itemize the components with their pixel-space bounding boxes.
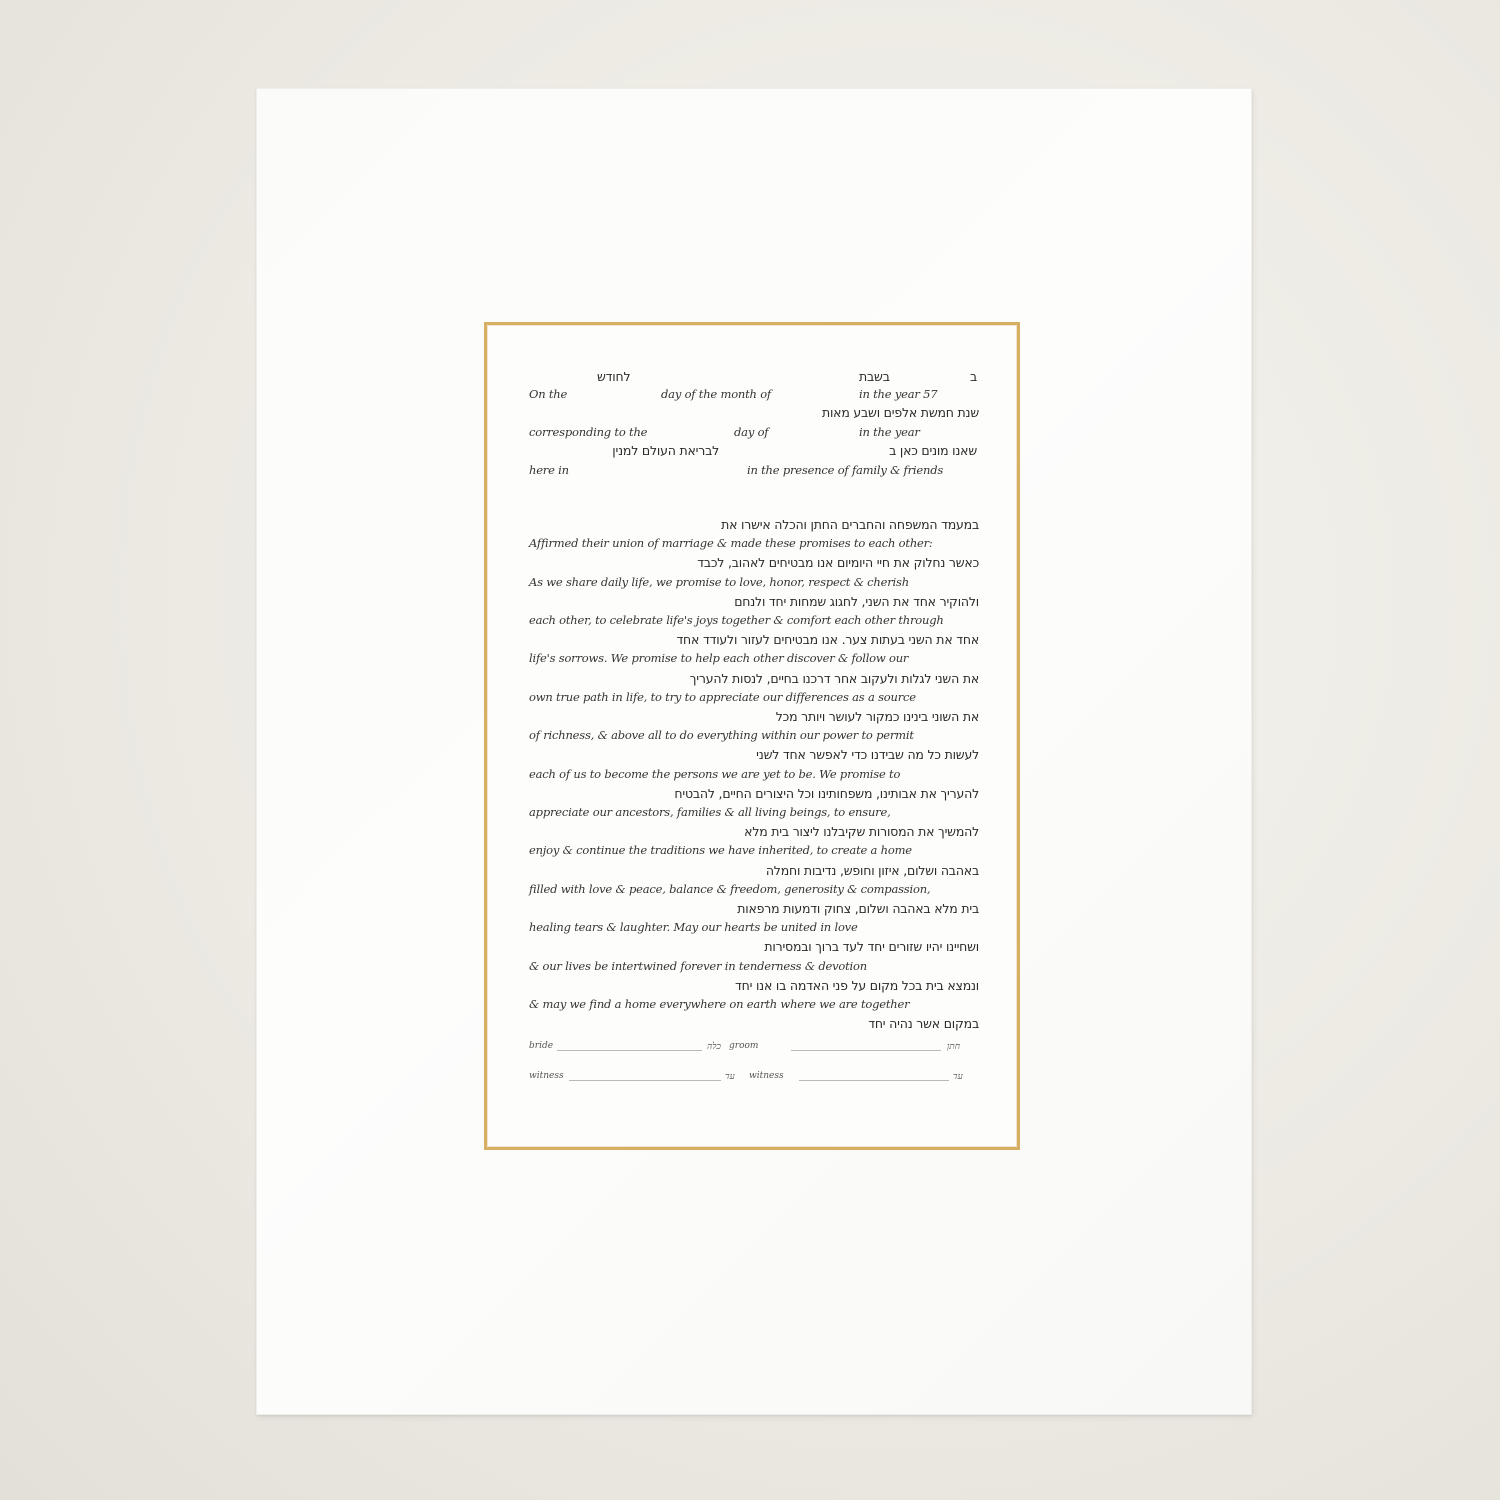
body-hebrew-line: להעריך את אבותינו, משפחותינו וכל היצורים…: [529, 786, 979, 801]
witness2-label-hebrew: עד: [953, 1071, 963, 1082]
body-hebrew-line: במעמד המשפחה והחברים החתן והכלה אישרו את: [529, 517, 979, 532]
body-hebrew-line: להמשיך את המסורות שקיבלנו ליצור בית מלא: [529, 824, 979, 839]
witness1-label-hebrew: עד: [725, 1071, 735, 1082]
body-hebrew-line: ולהוקיר אחד את השני, לחגוג שמחות יחד ולנ…: [529, 594, 979, 609]
body-hebrew-line: באהבה ושלום, איזון וחופש, נדיבות וחמלה: [529, 863, 979, 878]
witness2-label: witness: [749, 1071, 784, 1081]
gold-border-frame: לחודש בשבת ב On the day of the month of …: [484, 322, 1020, 1150]
body-hebrew-line: במקום אשר נהיה יחד: [529, 1016, 979, 1031]
groom-signature-line: [791, 1050, 941, 1051]
body-english-line: healing tears & laughter. May our hearts…: [529, 920, 979, 934]
groom-label-hebrew: חתן: [947, 1041, 960, 1052]
header-en-corresponding: corresponding to the: [529, 425, 647, 439]
groom-label: groom: [729, 1041, 758, 1051]
body-hebrew-line: לעשות כל מה שבידנו כדי לאפשר אחד לשני: [529, 747, 979, 762]
body-english-line: enjoy & continue the traditions we have …: [529, 843, 979, 857]
body-english-line: own true path in life, to try to appreci…: [529, 690, 979, 704]
witness1-label: witness: [529, 1071, 564, 1081]
body-english-line: Affirmed their union of marriage & made …: [529, 536, 979, 550]
signature-row-witnesses: witness עד witness עד: [529, 1071, 979, 1087]
header-hebrew-creation: לבריאת העולם למנין: [612, 443, 719, 458]
body-english-line: & our lives be intertwined forever in te…: [529, 959, 979, 973]
body-hebrew-line: כאשר נחלוק את חיי היומיום אנו מבטיחים לא…: [529, 555, 979, 570]
header-hebrew-line-2: שנת חמשת אלפים ושבע מאות: [529, 405, 979, 420]
body-english-line: appreciate our ancestors, families & all…: [529, 805, 979, 819]
body-english-line: each other, to celebrate life's joys tog…: [529, 613, 979, 627]
header-hebrew-day: בשבת: [859, 369, 890, 384]
bride-signature-line: [557, 1050, 702, 1051]
bride-label-hebrew: כלה: [707, 1041, 721, 1052]
header-hebrew-month: לחודש: [597, 369, 630, 384]
header-en-year: in the year 57: [859, 387, 937, 401]
header-en-on-the: On the: [529, 387, 567, 401]
body-english-line: filled with love & peace, balance & free…: [529, 882, 979, 896]
body-hebrew-line: את השני לגלות ולעקוב אחר דרכנו בחיים, לנ…: [529, 671, 979, 686]
body-english-line: each of us to become the persons we are …: [529, 767, 979, 781]
ketubah-text-block: לחודש בשבת ב On the day of the month of …: [529, 325, 979, 1147]
header-en-day-of: day of: [734, 425, 768, 439]
body-english-line: life's sorrows. We promise to help each …: [529, 651, 979, 665]
header-hebrew-prefix: ב: [970, 369, 977, 384]
header-en-in-the-year: in the year: [859, 425, 920, 439]
witness1-signature-line: [569, 1080, 721, 1081]
body-english-line: of richness, & above all to do everythin…: [529, 728, 979, 742]
signature-row-couple: bride כלה groom חתן: [529, 1041, 979, 1057]
body-english-line: As we share daily life, we promise to lo…: [529, 575, 979, 589]
body-hebrew-line: ונמצא בית בכל מקום על פני האדמה בו אנו י…: [529, 978, 979, 993]
header-en-presence: in the presence of family & friends: [747, 463, 943, 477]
header-en-here-in: here in: [529, 463, 569, 477]
header-hebrew-counting: שאנו מונים כאן ב: [889, 443, 977, 458]
bride-label: bride: [529, 1041, 553, 1051]
body-hebrew-line: ושחיינו יהיו שזורים יחד לעד ברוך ובמסירו…: [529, 939, 979, 954]
witness2-signature-line: [799, 1080, 949, 1081]
body-hebrew-line: בית מלא באהבה ושלום, צחוק ודמעות מרפאות: [529, 901, 979, 916]
body-hebrew-line: אחד את השני בעתות צער. אנו מבטיחים לעזור…: [529, 632, 979, 647]
header-en-day-month: day of the month of: [661, 387, 771, 401]
body-hebrew-line: את השוני בינינו כמקור לעושר ויותר מכל: [529, 709, 979, 724]
body-english-line: & may we find a home everywhere on earth…: [529, 997, 979, 1011]
